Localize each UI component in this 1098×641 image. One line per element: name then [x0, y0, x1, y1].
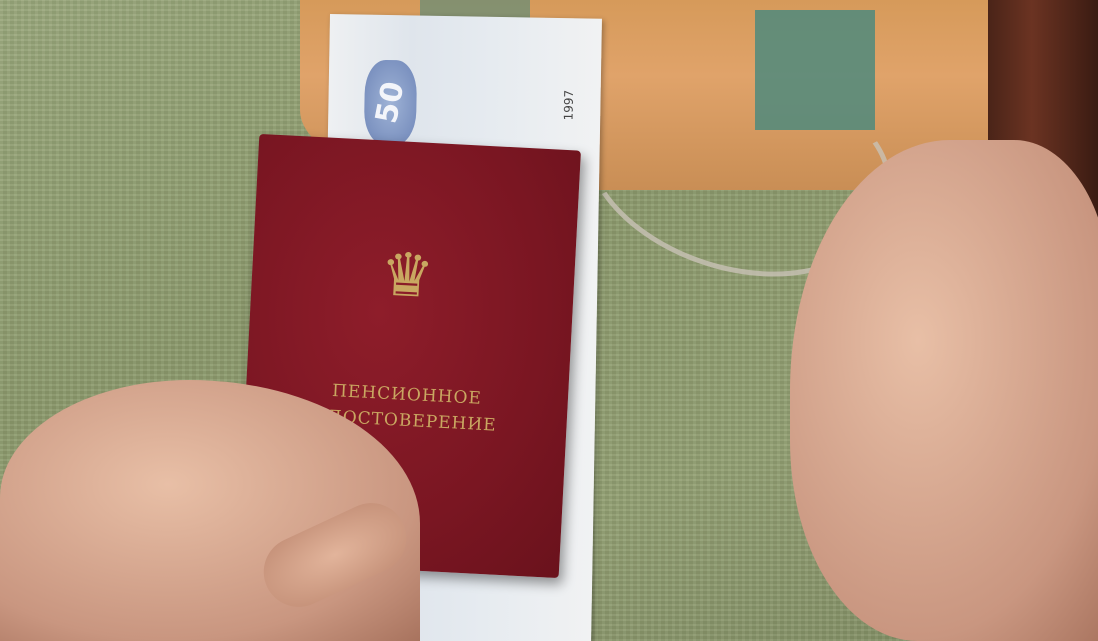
denomination-mark: 50 [364, 60, 417, 146]
double-headed-eagle-icon: ♛ [368, 235, 446, 317]
right-hand [790, 140, 1098, 641]
photo-scene: 50 1997 ПЯТЬДЕСЯТ РУБЛЕЙ ♛ ПЕНСИОННОЕ УД… [0, 0, 1098, 641]
banknote-year: 1997 [561, 90, 576, 121]
